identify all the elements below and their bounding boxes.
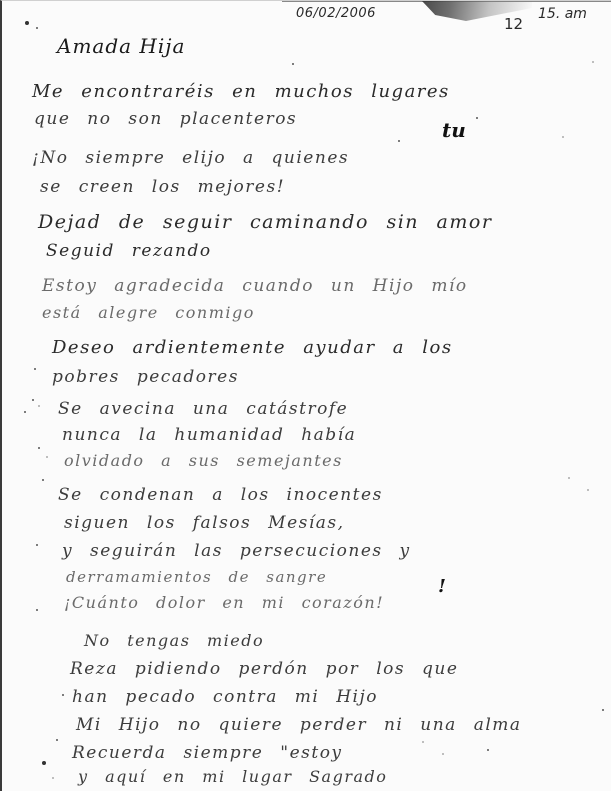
scan-speck xyxy=(38,405,40,407)
body-line: Deseo ardientemente ayudar a los xyxy=(52,337,453,358)
scan-speck xyxy=(56,739,58,741)
scan-speck xyxy=(25,21,29,25)
body-line: ¡No siempre elijo a quienes xyxy=(32,148,349,168)
scan-speck xyxy=(42,479,44,481)
scan-speck xyxy=(34,368,36,370)
body-line: está alegre conmigo xyxy=(42,303,255,322)
scan-speck xyxy=(46,456,48,458)
page-number: 12 xyxy=(504,15,523,33)
scanned-letter-page: 06/02/2006 12 15. am Amada Hija tu Me en… xyxy=(0,0,611,791)
scan-speck xyxy=(36,544,38,546)
scan-speck xyxy=(36,609,38,611)
scan-speck xyxy=(36,27,38,29)
scan-speck xyxy=(32,399,34,401)
scan-speck xyxy=(62,694,64,696)
scan-speck xyxy=(487,749,489,751)
body-line: se creen los mejores! xyxy=(40,177,285,197)
scan-speck xyxy=(442,753,444,755)
body-line: Se avecina una catástrofe xyxy=(58,399,348,419)
body-line: Reza pidiendo perdón por los que xyxy=(70,659,458,679)
body-line: derramamientos de sangre xyxy=(66,568,327,586)
scan-speck xyxy=(52,777,54,779)
scan-speck xyxy=(476,117,478,119)
body-line: Dejad de seguir caminando sin amor xyxy=(38,211,492,233)
scan-speck xyxy=(42,761,46,765)
scan-speck xyxy=(422,741,424,743)
scan-speck xyxy=(398,140,400,142)
body-line: han pecado contra mi Hijo xyxy=(72,687,378,707)
body-line: y seguirán las persecuciones y xyxy=(62,541,411,561)
body-line: nunca la humanidad había xyxy=(62,425,356,445)
letter-time: 15. am xyxy=(538,6,587,22)
scan-speck xyxy=(24,411,26,413)
body-line: siguen los falsos Mesías, xyxy=(64,513,345,533)
body-line: Me encontraréis en muchos lugares xyxy=(32,81,450,102)
body-line: Se condenan a los inocentes xyxy=(58,485,383,505)
body-line: y aquí en mi lugar Sagrado xyxy=(78,767,387,786)
scan-speck xyxy=(292,63,294,65)
salutation: Amada Hija xyxy=(57,34,185,58)
scan-speck xyxy=(38,447,40,449)
body-line: No tengas miedo xyxy=(84,631,264,650)
scan-speck xyxy=(602,709,604,711)
scan-speck xyxy=(568,477,570,479)
body-line: olvidado a sus semejantes xyxy=(64,451,343,470)
body-line: ¡Cuánto dolor en mi corazón! xyxy=(64,593,384,612)
body-line: pobres pecadores xyxy=(52,367,239,387)
scan-speck xyxy=(587,489,589,491)
letter-date: 06/02/2006 xyxy=(296,6,376,21)
body-line: Recuerda siempre "estoy xyxy=(72,743,343,763)
body-line: Estoy agradecida cuando un Hijo mío xyxy=(42,276,468,296)
scan-speck xyxy=(562,136,564,138)
body-line: Mi Hijo no quiere perder ni una alma xyxy=(76,715,522,735)
exclamation-mark-overwrite: ! xyxy=(438,576,446,597)
scan-speck xyxy=(592,61,594,63)
body-line: Seguid rezando xyxy=(46,241,212,261)
body-line: que no son placenteros xyxy=(34,109,297,129)
margin-annotation: tu xyxy=(442,118,466,142)
